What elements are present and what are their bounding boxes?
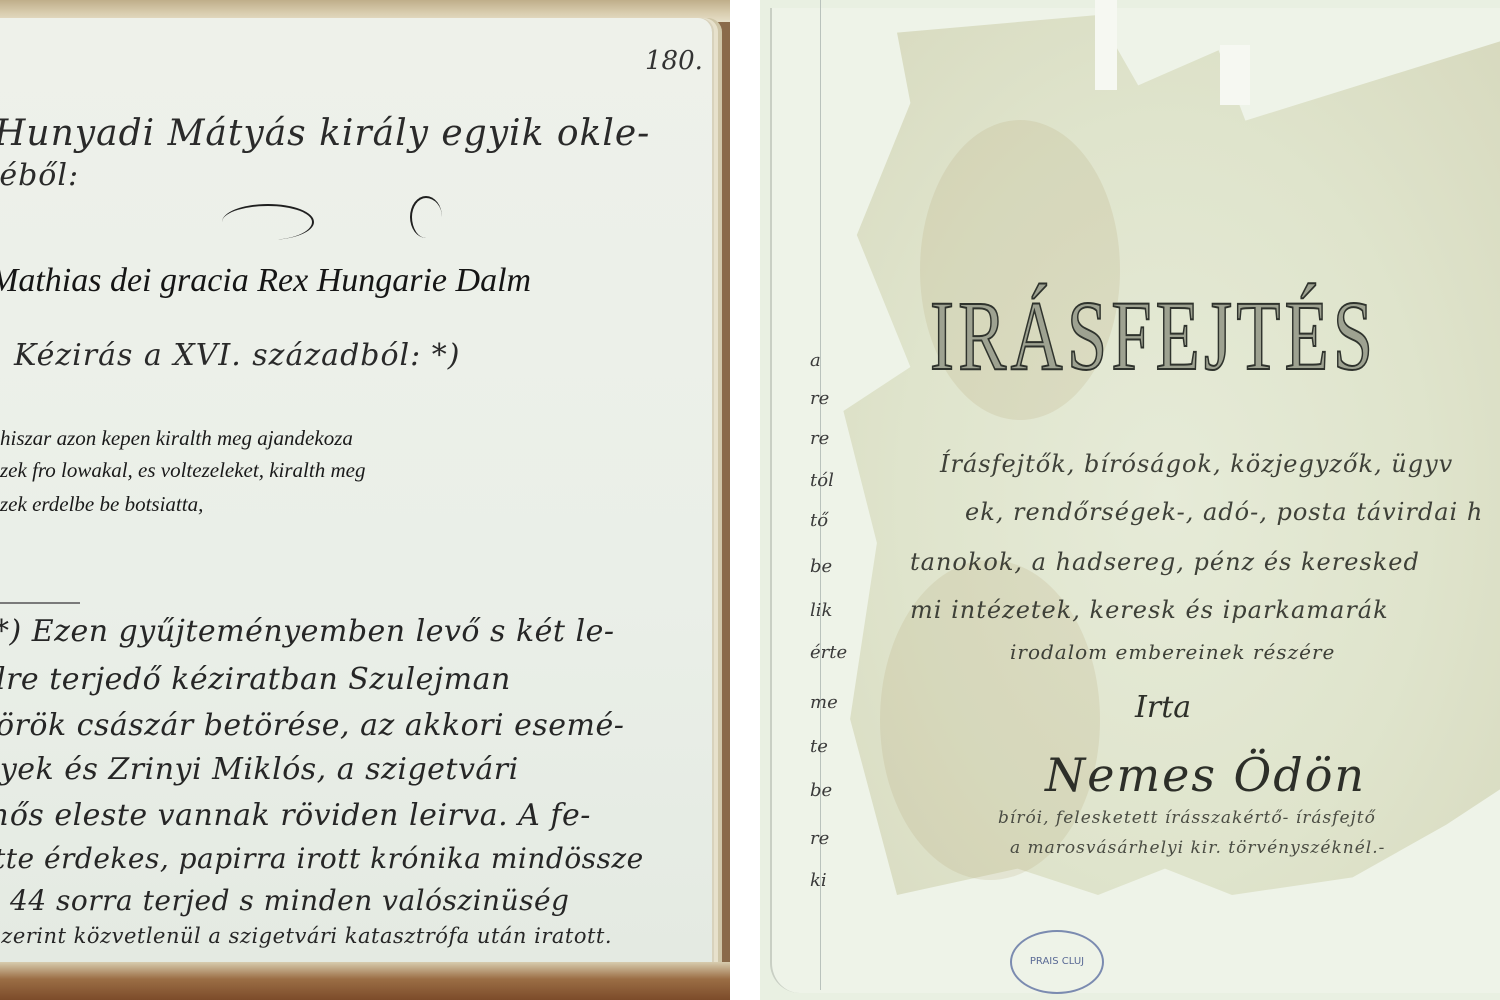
margin-fragment: a	[810, 350, 821, 371]
page-number: 180.	[645, 46, 703, 76]
footnote-line-5: hős eleste vannak röviden leirva. A fe-	[0, 798, 591, 833]
heading-line-2: éléből:	[0, 158, 79, 193]
ink-flourish-icon	[410, 196, 442, 238]
margin-fragment: re	[810, 828, 829, 849]
footnote-line-8: szerint közvetlenül a szigetvári kataszt…	[0, 924, 612, 948]
manuscript-page: 180. Hunyadi Mátyás király egyik okle- é…	[0, 18, 712, 968]
margin-fragment: lik	[810, 600, 832, 621]
footnote-line-2: lre terjedő kéziratban Szulejman	[0, 662, 511, 697]
margin-fragment: tól	[810, 470, 834, 491]
margin-fragment: tő	[810, 510, 828, 531]
subtitle-line-1: Írásfejtők, bíróságok, közjegyzők, ügyv	[940, 450, 1453, 478]
author-desc-line-1: bírói, felesketett írásszakértő- írásfej…	[998, 808, 1376, 828]
footnote-line-7: 44 sorra terjed s minden valószinüség	[10, 884, 569, 917]
footnote-line-4: nyek és Zrinyi Miklós, a szigetvári	[0, 752, 519, 787]
margin-fragment: be	[810, 780, 832, 801]
old-text-line-2: zek fro lowakal, es voltezeleket, kiralt…	[0, 458, 365, 483]
book-title: IRÁSFEJTÉS	[930, 278, 1377, 393]
title-page-photo: a re re tól tő be lik érte me te be re k…	[760, 0, 1500, 1000]
footnote-divider	[0, 602, 80, 604]
margin-fragment: te	[810, 736, 828, 757]
page-bottom-edge	[0, 962, 730, 1000]
footnote-line-3: örök császár betörése, az akkori esemé-	[0, 708, 624, 743]
footnote-line-6: tte érdekes, papirra irott krónika mindö…	[0, 842, 644, 875]
paper-tear	[1220, 45, 1250, 105]
footnote-line-1: *) Ezen gyűjteményemben levő s két le-	[0, 614, 614, 649]
ink-flourish-icon	[222, 204, 314, 240]
latin-transcription: Mathias dei gracia Rex Hungarie Dalm	[0, 262, 531, 300]
margin-fragment: me	[810, 692, 838, 713]
heading-line-1: Hunyadi Mátyás király egyik okle-	[0, 113, 650, 154]
subtitle-line-2: ek, rendőrségek-, adó-, posta távirdai h	[965, 498, 1483, 526]
margin-fragment: be	[810, 556, 832, 577]
subtitle-line-3: tanokok, a hadsereg, pénz és keresked	[910, 548, 1420, 576]
old-text-line-1: hiszar azon kepen kiralth meg ajandekoza	[0, 426, 353, 451]
margin-fragment: re	[810, 388, 829, 409]
subtitle-line-5: irodalom embereinek részére	[1010, 640, 1335, 664]
old-text-line-3: zek erdelbe be botsiatta,	[0, 492, 203, 517]
manuscript-photo: 180. Hunyadi Mátyás király egyik okle- é…	[0, 0, 730, 1000]
margin-fragment: ki	[810, 870, 827, 891]
margin-fragment: re	[810, 428, 829, 449]
library-stamp: PRAIS CLUJ	[1010, 930, 1104, 994]
subtitle-line-4: mi intézetek, keresk és iparkamarák	[910, 596, 1389, 624]
margin-fragment: érte	[810, 642, 847, 663]
author-desc-line-2: a marosvásárhelyi kir. törvényszéknél.-	[1010, 838, 1385, 858]
paper-tear	[1095, 0, 1117, 90]
author-by-label: Irta	[1135, 690, 1191, 725]
manuscript-caption: Kézirás a XVI. századból: *)	[14, 338, 460, 373]
author-name: Nemes Ödön	[1045, 748, 1366, 802]
